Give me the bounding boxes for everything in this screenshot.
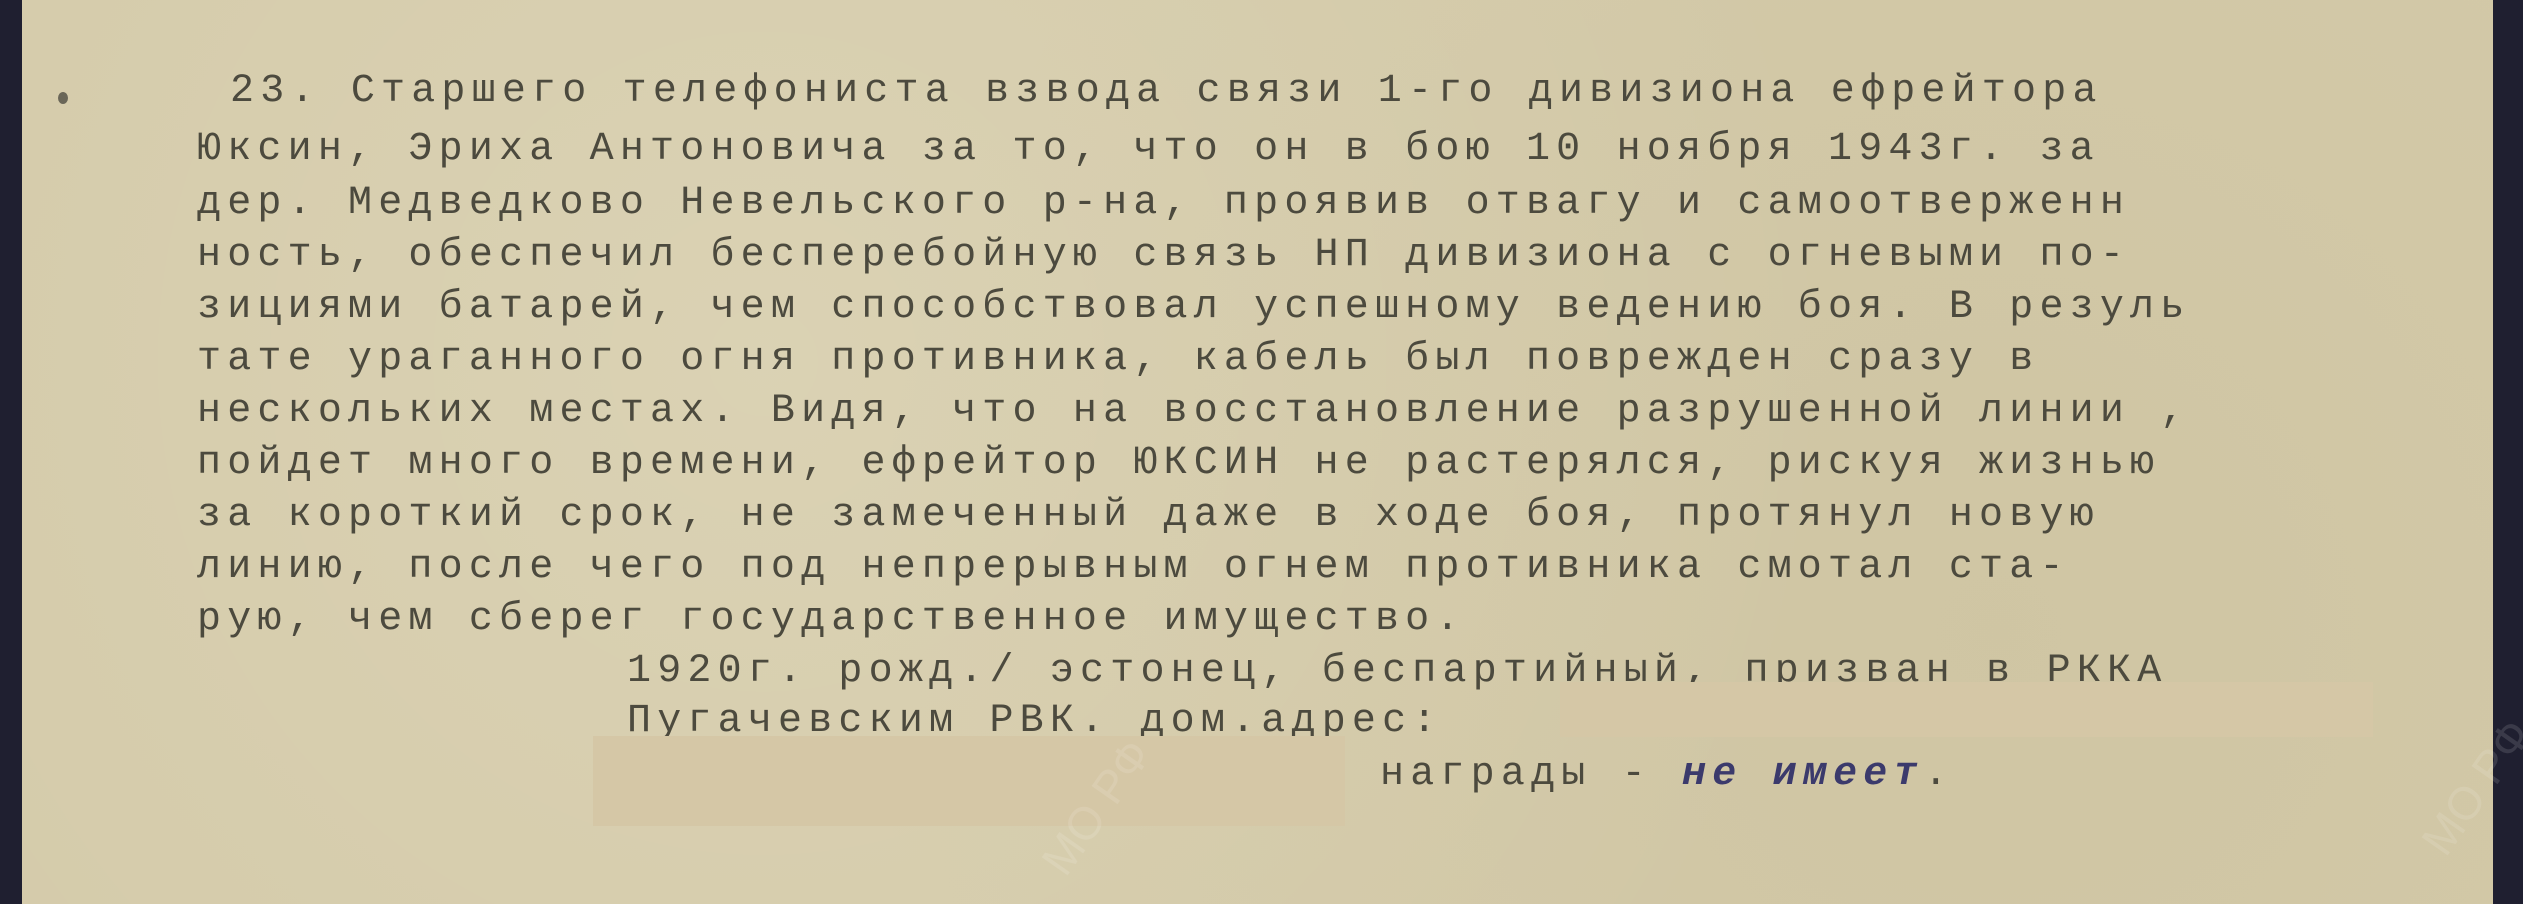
redaction-address [1560, 682, 2373, 737]
text-line-11: рую, чем сберег государственное имуществ… [197, 600, 1466, 640]
text-line-7: нескольких местах. Видя, что на восстано… [197, 392, 2190, 432]
text-line-2: Юксин, Эриха Антоновича за то, что он в … [197, 130, 2100, 170]
text-line-8: пойдет много времени, ефрейтор ЮКСИН не … [197, 444, 2160, 484]
redaction-address-2 [593, 736, 1345, 826]
scan-border-left [0, 0, 22, 904]
text-line-1: 23. Старшего телефониста взвода связи 1-… [230, 72, 2103, 112]
text-line-5: зициями батарей, чем способствовал успеш… [197, 288, 2190, 328]
text-line-9: за короткий срок, не замеченный даже в х… [197, 496, 2100, 536]
text-line-4: ность, обеспечил бесперебойную связь НП … [197, 236, 2130, 276]
punch-mark [58, 92, 68, 104]
text-line-10: линию, после чего под непрерывным огнем … [197, 548, 2070, 588]
awards-line: награды - не имеет. [1380, 755, 1954, 795]
text-line-3: дер. Медведково Невельского р-на, прояви… [197, 184, 2130, 224]
awards-label: награды - [1380, 752, 1682, 797]
awards-period: . [1924, 752, 1954, 797]
awards-stamp: не имеет [1682, 752, 1924, 797]
text-line-6: тате ураганного огня противника, кабель … [197, 340, 2039, 380]
